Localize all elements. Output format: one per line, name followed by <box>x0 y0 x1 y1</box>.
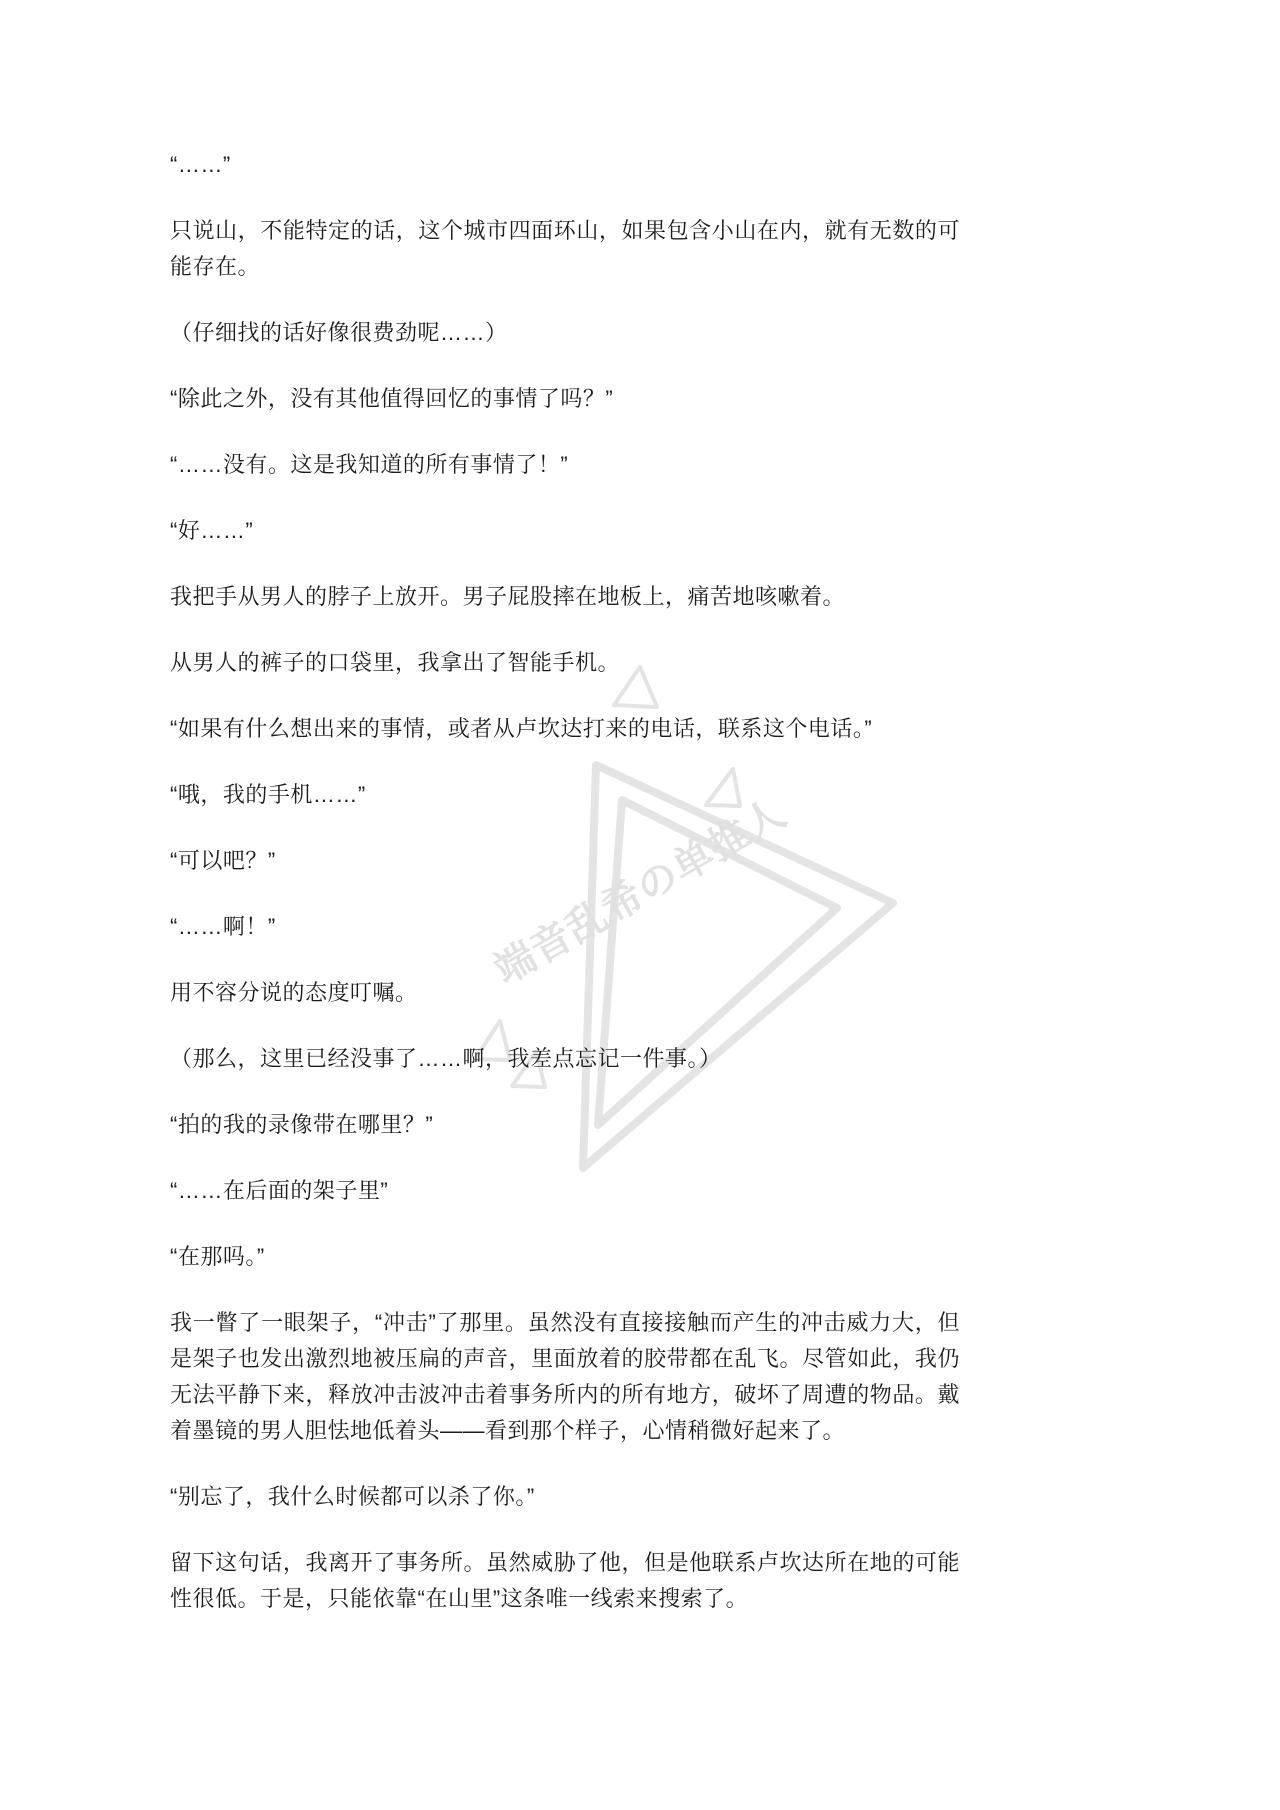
paragraph: 用不容分说的态度叮嘱。 <box>170 975 960 1011</box>
paragraph: “拍的我的录像带在哪里？” <box>170 1107 960 1143</box>
paragraph: 我一瞥了一眼架子，“冲击”了那里。虽然没有直接接触而产生的冲击威力大，但是架子也… <box>170 1305 960 1449</box>
paragraph: “……” <box>170 147 960 183</box>
paragraph: “哦，我的手机……” <box>170 777 960 813</box>
paragraph: “别忘了，我什么时候都可以杀了你。” <box>170 1479 960 1515</box>
document-page: 端音乱希の单推人 “……”只说山，不能特定的话，这个城市四面环山，如果包含小山在… <box>0 0 1280 1810</box>
paragraph: “……没有。这是我知道的所有事情了！” <box>170 447 960 483</box>
paragraph: 只说山，不能特定的话，这个城市四面环山，如果包含小山在内，就有无数的可能存在。 <box>170 213 960 285</box>
paragraph: 留下这句话，我离开了事务所。虽然威胁了他，但是他联系卢坎达所在地的可能性很低。于… <box>170 1545 960 1617</box>
paragraph: “……在后面的架子里” <box>170 1173 960 1209</box>
paragraph: 我把手从男人的脖子上放开。男子屁股摔在地板上，痛苦地咳嗽着。 <box>170 579 960 615</box>
paragraph: “如果有什么想出来的事情，或者从卢坎达打来的电话，联系这个电话。” <box>170 711 960 747</box>
paragraph: （仔细找的话好像很费劲呢……） <box>170 315 960 351</box>
page-content: “……”只说山，不能特定的话，这个城市四面环山，如果包含小山在内，就有无数的可能… <box>170 147 960 1647</box>
paragraph: 从男人的裤子的口袋里，我拿出了智能手机。 <box>170 645 960 681</box>
paragraph: “可以吧？” <box>170 843 960 879</box>
paragraph: “好……” <box>170 513 960 549</box>
paragraph: “除此之外，没有其他值得回忆的事情了吗？” <box>170 381 960 417</box>
paragraph: “……啊！” <box>170 909 960 945</box>
paragraph: （那么，这里已经没事了……啊，我差点忘记一件事。） <box>170 1041 960 1077</box>
paragraph: “在那吗。” <box>170 1239 960 1275</box>
